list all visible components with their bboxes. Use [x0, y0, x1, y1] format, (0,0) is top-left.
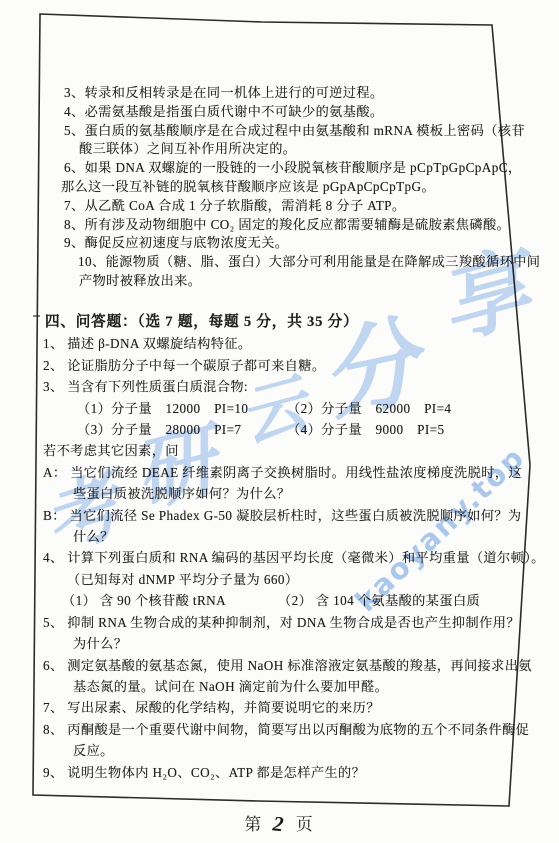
question-2: 2、 论证脂肪分子中每一个碳原子都可来自糖。 — [35, 355, 545, 376]
question-8: 8、 丙酮酸是一个重要代谢中间物，简要写出以丙酮酸为底物的五个不同条件酶促 — [35, 719, 545, 740]
page-number: 2 — [272, 811, 287, 837]
question-1: 1、 描述 β-DNA 双螺旋结构特征。 — [35, 333, 545, 354]
question-7: 7、 写出尿素、尿酸的化学结构，并简要说明它的来历？ — [35, 697, 545, 718]
section-header: 四、问答题：（选 7 题，每题 5 分，共 35 分） — [35, 312, 545, 333]
question-3-proteins-row1: （1）分子量 12000 PI=10 （2）分子量 62000 PI=4 — [35, 398, 545, 419]
question-3a: A： 当它们流经 DEAE 纤维素阴离子交换树脂时。用线性盐浓度梯度洗脱时，这 — [35, 462, 545, 483]
protein-3: （3）分子量 28000 PI=7 — [77, 419, 287, 440]
question-4-cont: （已知每对 dNMP 平均分子量为 660） — [35, 569, 545, 590]
short-answer-section: 四、问答题：（选 7 题，每题 5 分，共 35 分） 1、 描述 β-DNA … — [35, 312, 545, 783]
statement-7: 7、从乙酰 CoA 合成 1 分子软脂酸，需消耗 8 分子 ATP。 — [35, 197, 540, 216]
footer-suffix: 页 — [296, 815, 315, 834]
scanned-exam-page: 3、转录和反相转录是在同一机体上进行的可逆过程。 4、必需氨基酸是指蛋白质代谢中… — [0, 0, 559, 843]
protein-1: （1）分子量 12000 PI=10 — [77, 398, 287, 419]
question-8-cont: 反应。 — [35, 740, 545, 761]
question-3b-cont: 什么？ — [35, 526, 545, 547]
question-4-item2: （2） 含 104 个氨基酸的某蛋白质 — [278, 590, 480, 611]
question-9: 9、 说明生物体内 H₂O、CO₂、ATP 都是怎样产生的？ — [35, 762, 545, 783]
question-6-cont: 基态氮的量。试问在 NaOH 滴定前为什么要加甲醛。 — [35, 676, 545, 697]
footer-prefix: 第 — [244, 815, 263, 834]
statement-8: 8、所有涉及动物细胞中 CO₂ 固定的羧化反应都需要辅酶是硫胺素焦磷酸。 — [35, 216, 540, 235]
statement-3: 3、转录和反相转录是在同一机体上进行的可逆过程。 — [35, 84, 540, 103]
statement-4: 4、必需氨基酸是指蛋白质代谢中不可缺少的氨基酸。 — [35, 103, 540, 122]
page-footer: 第2页 — [0, 810, 559, 836]
question-3-proteins-row2: （3）分子量 28000 PI=7 （4）分子量 9000 PI=5 — [35, 419, 545, 440]
question-4: 4、 计算下列蛋白质和 RNA 编码的基因平均长度（毫微米）和平均重量（道尔顿）… — [35, 547, 545, 568]
protein-2: （2）分子量 62000 PI=4 — [287, 398, 451, 419]
question-5-cont: 为什么？ — [35, 633, 545, 654]
question-3b: B： 当它们流径 Se Phadex G-50 凝胶层析柱时，这些蛋白质被洗脱顺… — [35, 505, 545, 526]
statement-10: 10、能源物质（糖、脂、蛋白）大部分可利用能量是在降解成三羧酸循环中间 — [35, 253, 540, 272]
true-false-statements: 3、转录和反相转录是在同一机体上进行的可逆过程。 4、必需氨基酸是指蛋白质代谢中… — [35, 84, 540, 291]
statement-9: 9、酶促反应初速度与底物浓度无关。 — [35, 234, 540, 253]
statement-6-cont: 那么这一段互补链的脱氧核苷酸顺序应该是 pGpApCpCpTpG。 — [35, 178, 540, 197]
statement-10-cont: 产物时被释放出来。 — [35, 272, 540, 291]
question-3-note: 若不考虑其它因素，问 — [35, 440, 545, 461]
question-3: 3、 当含有下列性质蛋白质混合物: — [35, 376, 545, 397]
question-5: 5、 抑制 RNA 生物合成的某种抑制剂，对 DNA 生物合成是否也产生抑制作用… — [35, 612, 545, 633]
question-3a-cont: 些蛋白质被洗脱顺序如何？为什么？ — [35, 483, 545, 504]
statement-6: 6、如果 DNA 双螺旋的一股链的一小段脱氧核苷酸顺序是 pCpTpGpCpAp… — [35, 159, 540, 178]
question-4-item1: （1） 含 90 个核苷酸 tRNA — [62, 590, 278, 611]
question-6: 6、 测定氨基酸的氨基态氮，使用 NaOH 标准溶液定氨基酸的羧基，再间接求出氨 — [35, 655, 545, 676]
statement-5: 5、蛋白质的氨基酸顺序是在合成过程中由氨基酸和 mRNA 模板上密码（核苷 — [35, 122, 540, 141]
statement-5-cont: 酸三联体）之间互补作用所决定的。 — [35, 140, 540, 159]
question-4-items-row: （1） 含 90 个核苷酸 tRNA （2） 含 104 个氨基酸的某蛋白质 — [35, 590, 545, 611]
protein-4: （4）分子量 9000 PI=5 — [287, 419, 444, 440]
